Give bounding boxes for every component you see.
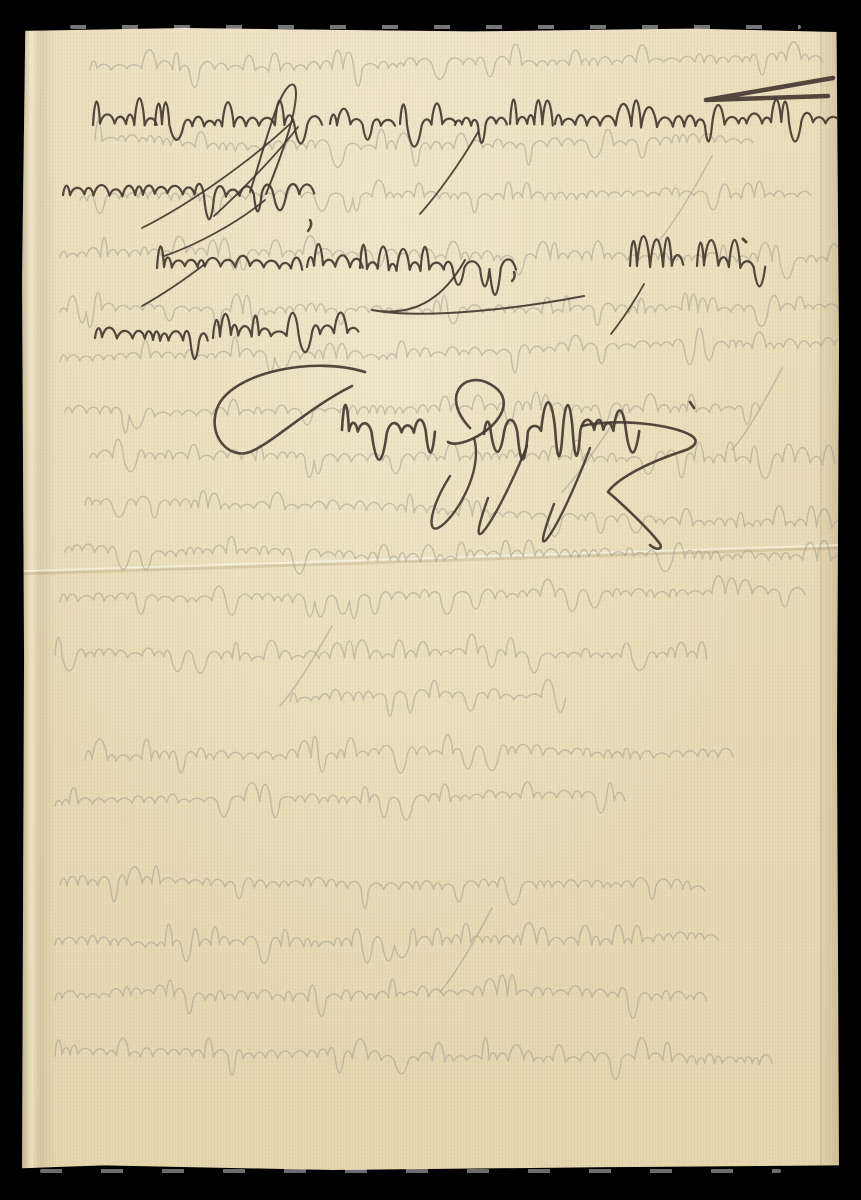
handwriting-layer — [22, 28, 839, 1170]
paper-deckle-top — [70, 25, 801, 29]
scanner-background — [0, 0, 861, 1200]
paper-deckle-bottom — [40, 1169, 781, 1173]
letter-page — [22, 28, 839, 1170]
fold-crease-highlight — [22, 545, 839, 571]
